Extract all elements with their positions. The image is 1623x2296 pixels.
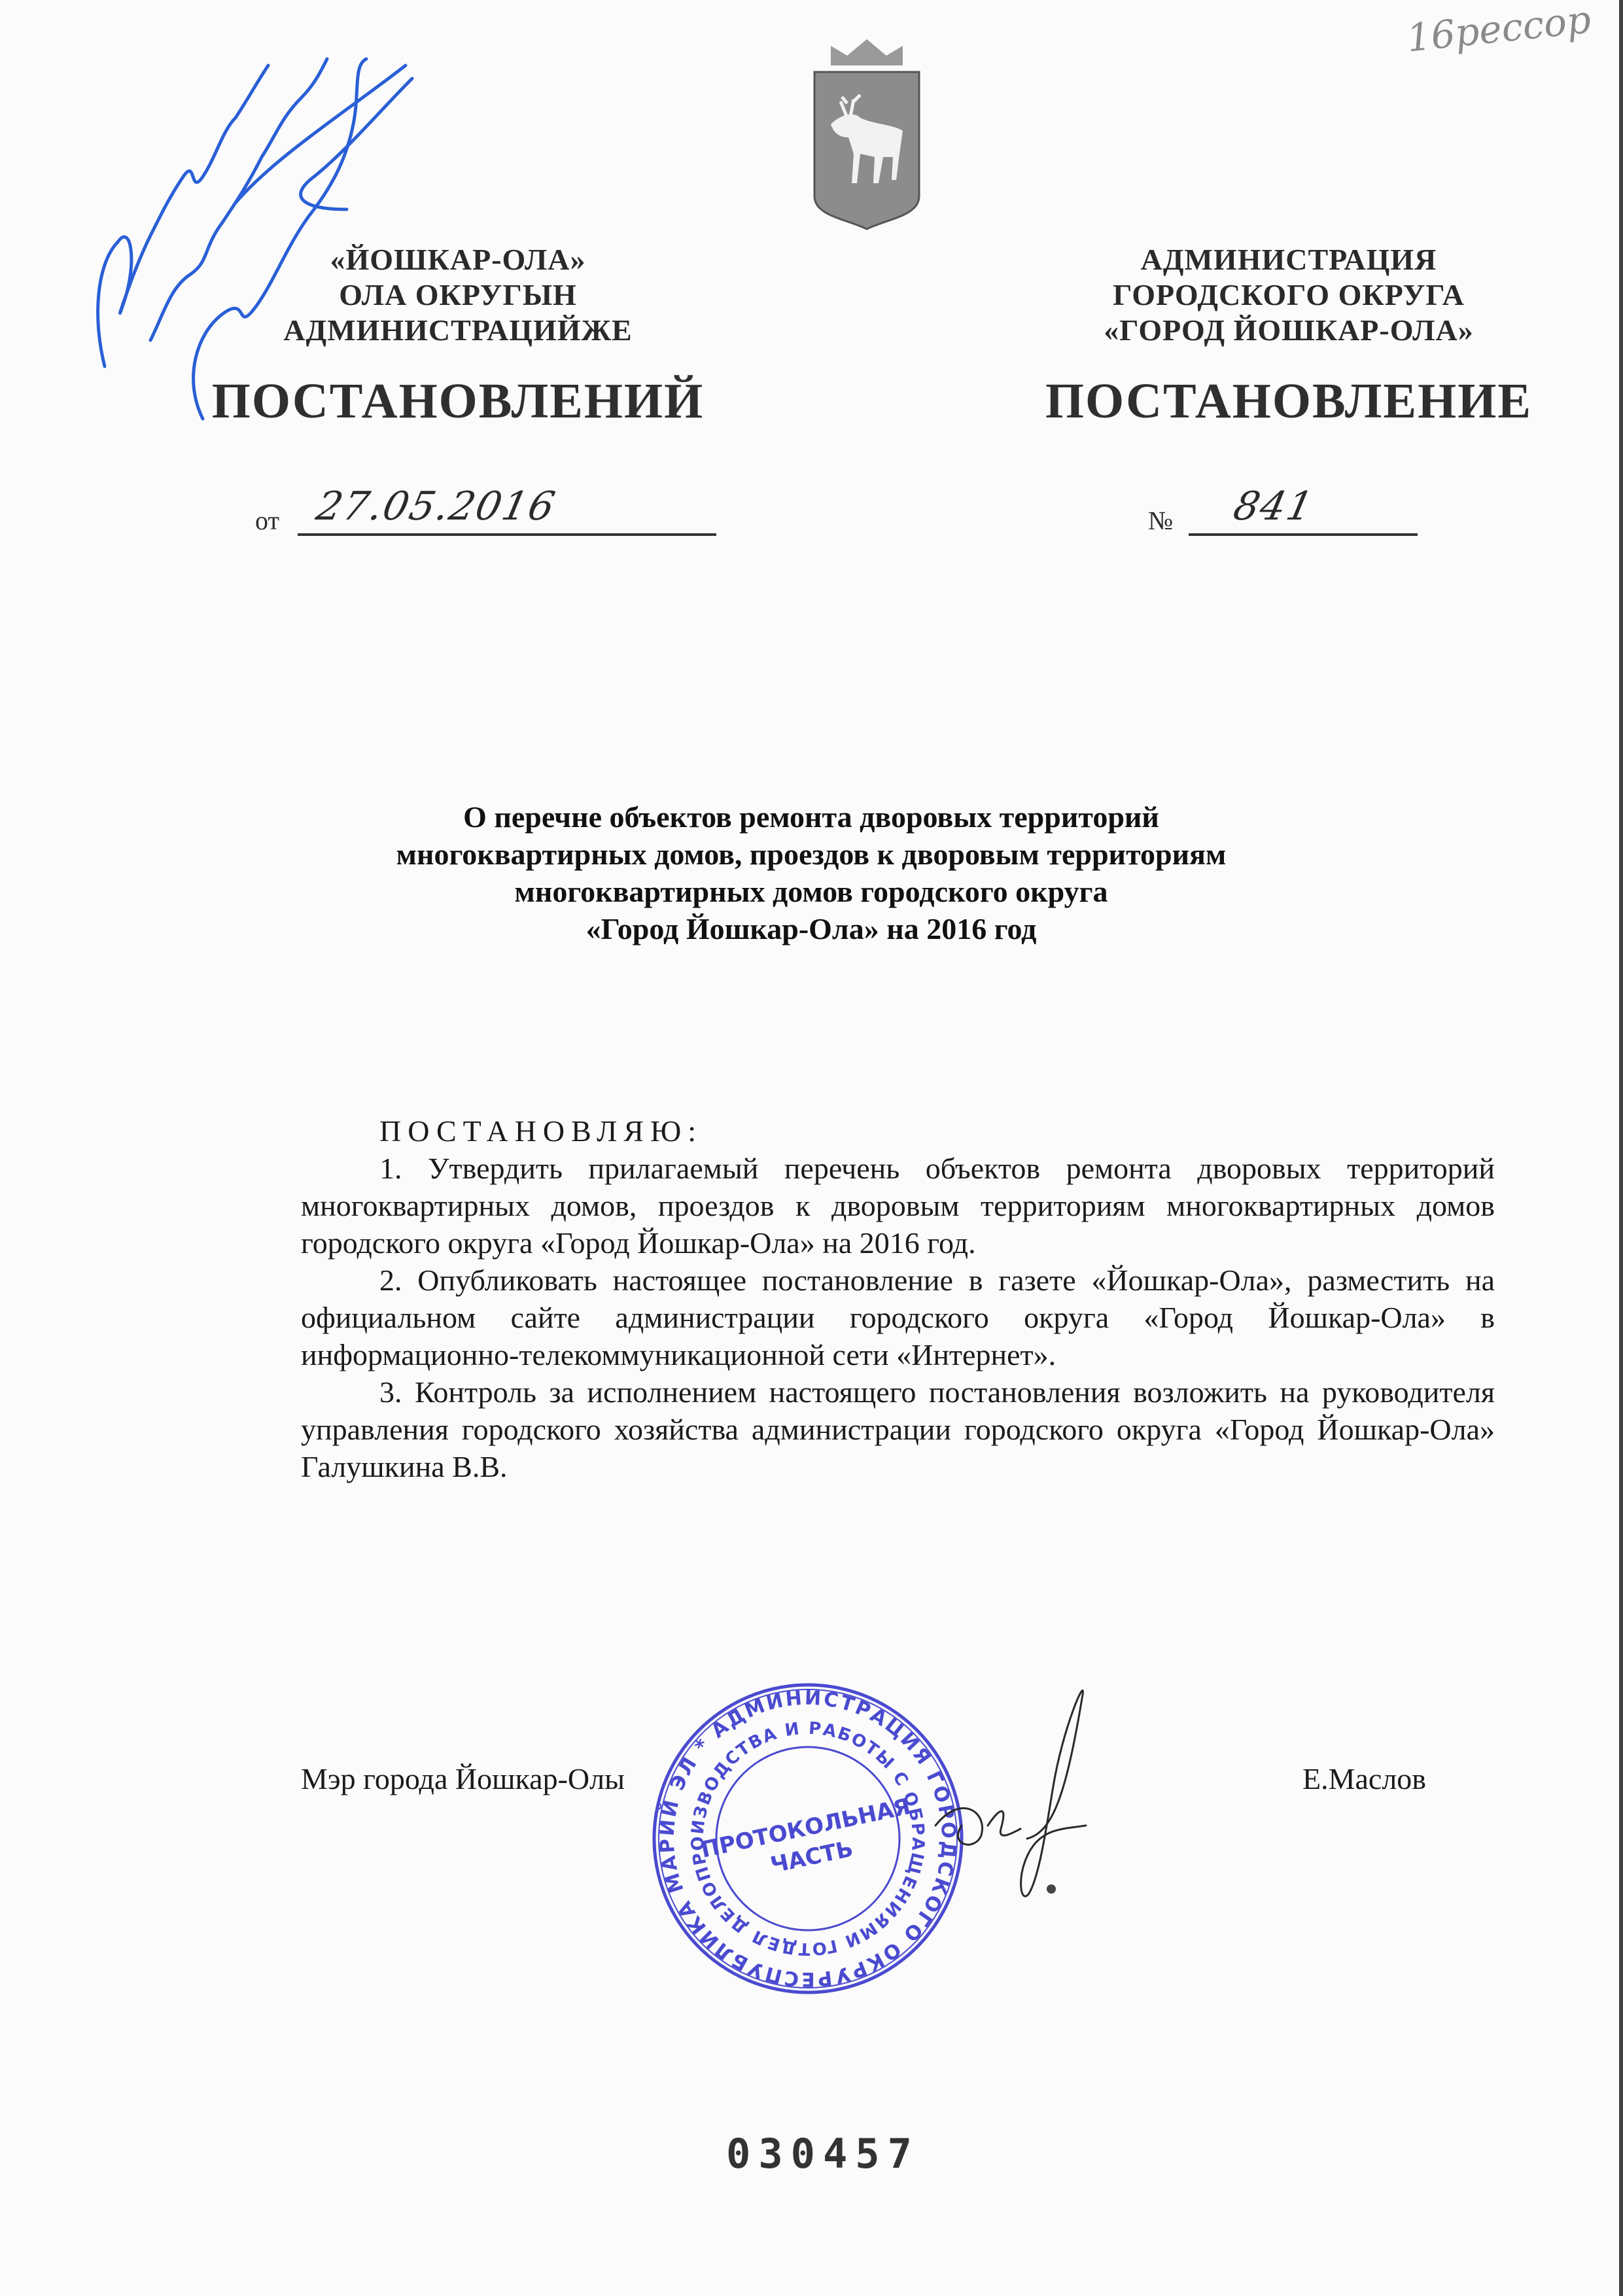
ink-dot [1047, 1884, 1056, 1894]
number-prefix: № [1148, 506, 1173, 535]
header-left-line: «ЙОШКАР-ОЛА» [209, 242, 707, 277]
mayor-signature [922, 1675, 1092, 1917]
header-right-title: ПОСТАНОВЛЕНИЕ [1021, 372, 1557, 431]
signature-row: Мэр города Йошкар-Олы Е.Маслов [301, 1760, 1426, 1797]
title-line: многоквартирных домов, проездов к дворов… [275, 836, 1348, 873]
header-left-line: ОЛА ОКРУГЫН [209, 277, 707, 313]
header-left-title: ПОСТАНОВЛЕНИЙ [209, 372, 707, 431]
date-prefix: от [255, 506, 279, 535]
header-right-line: ГОРОДСКОГО ОКРУГА [1021, 277, 1557, 313]
header-left-block: «ЙОШКАР-ОЛА» ОЛА ОКРУГЫН АДМИНИСТРАЦИЙЖЕ… [209, 242, 707, 431]
resolve-heading: ПОСТАНОВЛЯЮ: [301, 1112, 1495, 1150]
date-underline: 27.05.2016 [298, 487, 716, 536]
number-field: № 841 [1148, 487, 1418, 536]
signatory-position: Мэр города Йошкар-Олы [301, 1762, 625, 1795]
coat-of-arms-icon [801, 26, 932, 236]
header-right-line: «ГОРОД ЙОШКАР-ОЛА» [1021, 313, 1557, 348]
paragraph-2: 2. Опубликовать настоящее постановление … [301, 1262, 1495, 1373]
paragraph-3: 3. Контроль за исполнением настоящего по… [301, 1373, 1495, 1485]
title-line: О перечне объектов ремонта дворовых терр… [275, 798, 1348, 836]
title-line: многоквартирных домов городского округа [275, 873, 1348, 910]
title-line: «Город Йошкар-Ола» на 2016 год [275, 910, 1348, 947]
serial-number: 030457 [726, 2130, 920, 2178]
date-value: 27.05.2016 [313, 484, 560, 529]
signatory-name: Е.Маслов [1302, 1760, 1426, 1797]
header-right-line: АДМИНИСТРАЦИЯ [1021, 242, 1557, 277]
number-underline: 841 [1189, 487, 1418, 536]
document-title: О перечне объектов ремонта дворовых терр… [275, 798, 1348, 947]
number-value: 841 [1230, 484, 1318, 529]
header-right-block: АДМИНИСТРАЦИЯ ГОРОДСКОГО ОКРУГА «ГОРОД Й… [1021, 242, 1557, 431]
date-field: от 27.05.2016 [255, 487, 716, 536]
paragraph-1: 1. Утвердить прилагаемый перечень объект… [301, 1150, 1495, 1262]
pencil-note: 16рессор [1405, 0, 1593, 61]
document-body: ПОСТАНОВЛЯЮ: 1. Утвердить прилагаемый пе… [301, 1112, 1495, 1485]
header-left-line: АДМИНИСТРАЦИЙЖЕ [209, 313, 707, 348]
scan-edge [1619, 0, 1623, 2296]
